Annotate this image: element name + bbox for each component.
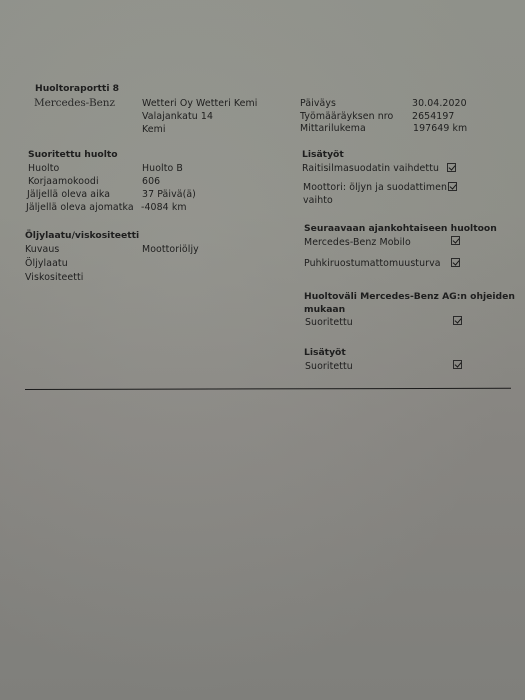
row-value: Huolto B: [142, 163, 183, 174]
meta-value: 2654197: [412, 111, 454, 122]
row-value: Moottoriöljy: [142, 244, 199, 255]
item-label-continued: vaihto: [303, 195, 333, 206]
section-heading: Lisätyöt: [304, 347, 346, 358]
report-title: Huoltoraportti 8: [35, 83, 119, 94]
row-label: Jäljellä oleva ajomatka: [26, 202, 134, 213]
checkbox-checked[interactable]: [451, 258, 460, 267]
brand-logo-text: Mercedes-Benz: [34, 97, 115, 109]
meta-label: Työmääräyksen nro: [300, 111, 393, 122]
row-label: Jäljellä oleva aika: [27, 189, 110, 200]
checkbox-checked[interactable]: [453, 316, 462, 325]
row-label: Huolto: [28, 163, 59, 174]
meta-value: 30.04.2020: [412, 98, 467, 109]
checkbox-checked[interactable]: [453, 360, 462, 369]
divider-line: [25, 388, 511, 390]
item-label: Moottori: öljyn ja suodattimen: [303, 182, 447, 193]
row-label: Korjaamokoodi: [28, 176, 99, 187]
row-label: Öljylaatu: [25, 258, 68, 269]
checkbox-checked[interactable]: [447, 163, 456, 172]
item-label: Mercedes-Benz Mobilo: [304, 237, 411, 248]
item-label: Raitisilmasuodatin vaihdettu: [302, 163, 439, 174]
row-value: 606: [142, 176, 160, 187]
item-label: Puhkiruostumattomuusturva: [304, 258, 441, 269]
dealer-street: Valajankatu 14: [142, 111, 213, 122]
row-label: Kuvaus: [25, 244, 59, 255]
row-label: Viskositeetti: [25, 272, 83, 283]
section-heading: Öljylaatu/viskositeetti: [25, 230, 139, 241]
row-value: 37 Päivä(ä): [142, 189, 196, 200]
meta-label: Mittarilukema: [300, 123, 366, 134]
section-heading: Suoritettu huolto: [28, 149, 118, 160]
section-heading: Huoltoväli Mercedes-Benz AG:n ohjeiden: [304, 291, 515, 302]
dealer-city: Kemi: [142, 124, 166, 135]
meta-label: Päiväys: [300, 98, 336, 109]
item-label: Suoritettu: [305, 317, 353, 328]
row-value: -4084 km: [141, 202, 187, 213]
section-heading-continued: mukaan: [304, 304, 345, 315]
checkbox-checked[interactable]: [448, 182, 457, 191]
item-label: Suoritettu: [305, 361, 353, 372]
meta-value: 197649 km: [413, 123, 467, 134]
service-report-page: Huoltoraportti 8 Mercedes-Benz Wetteri O…: [0, 0, 525, 700]
checkbox-checked[interactable]: [451, 236, 460, 245]
section-heading: Lisätyöt: [302, 149, 344, 160]
dealer-name: Wetteri Oy Wetteri Kemi: [142, 98, 257, 109]
section-heading: Seuraavaan ajankohtaiseen huoltoon: [304, 223, 497, 234]
